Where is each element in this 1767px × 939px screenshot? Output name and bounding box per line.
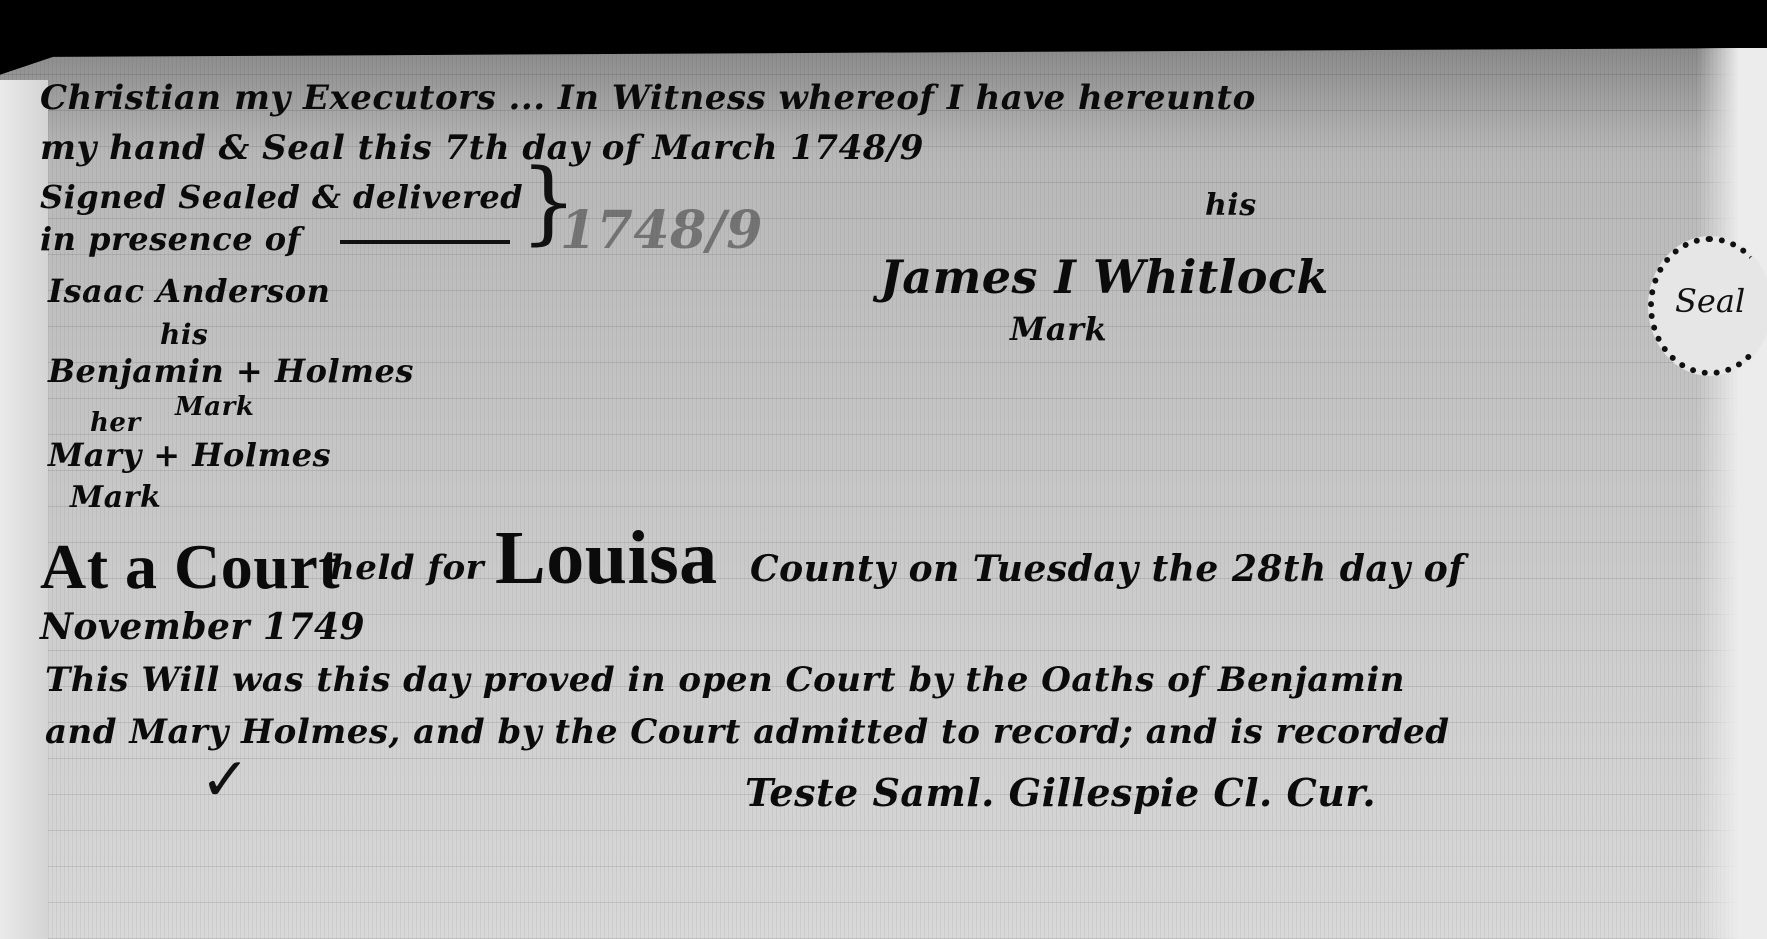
court-heading-date: November 1749 (40, 606, 365, 648)
signature-his-label: his (1205, 188, 1257, 223)
witness-isaac-anderson: Isaac Anderson (48, 272, 330, 310)
signature-name: James I Whitlock (880, 250, 1329, 304)
bleedthrough-text: 1748/9 (560, 200, 763, 261)
page-right-edge (1697, 48, 1767, 939)
check-mark-icon: ✓ (200, 745, 250, 815)
witness-mark-label-2: Mark (70, 480, 161, 515)
witness-her-label: her (90, 408, 141, 438)
text-line-1: Christian my Executors ... In Witness wh… (40, 78, 1256, 118)
court-heading-held-for: held for (330, 548, 484, 588)
witness-benjamin-holmes: Benjamin + Holmes (48, 352, 414, 390)
witness-mary-holmes: Mary + Holmes (48, 436, 331, 474)
text-line-3: Signed Sealed & delivered (40, 178, 523, 216)
attestation-signature: Teste Saml. Gillespie Cl. Cur. (745, 770, 1376, 815)
dash-line (340, 240, 510, 244)
probate-line-2: and Mary Holmes, and by the Court admitt… (45, 712, 1450, 752)
court-heading-rest: County on Tuesday the 28th day of (750, 548, 1464, 590)
witness-mark-label-1: Mark (175, 392, 254, 422)
text-line-2: my hand & Seal this 7th day of March 174… (40, 128, 924, 168)
text-line-4: in presence of (40, 220, 301, 258)
seal-label: Seal (1675, 282, 1745, 320)
probate-line-1: This Will was this day proved in open Co… (45, 660, 1405, 700)
signature-mark-label: Mark (1010, 310, 1107, 348)
court-heading-county: Louisa (495, 515, 718, 602)
witness-his-label: his (160, 318, 208, 351)
court-heading-prefix: At a Court (40, 530, 340, 604)
